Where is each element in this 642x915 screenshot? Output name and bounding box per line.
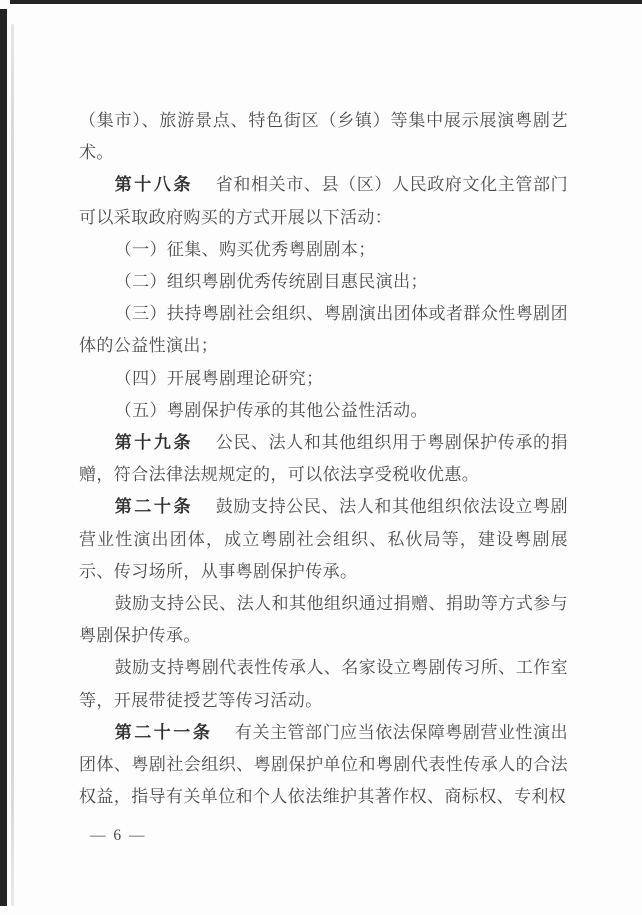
- paragraph-article-20: 第二十条 鼓励支持公民、法人和其他组织依法设立粤剧营业性演出团体，成立粤剧社会组…: [79, 491, 568, 588]
- paragraph: 鼓励支持公民、法人和其他组织通过捐赠、捐助等方式参与粤剧保护传承。: [79, 588, 568, 652]
- paragraph-article-21: 第二十一条 有关主管部门应当依法保障粤剧营业性演出团体、粤剧社会组织、粤剧保护单…: [79, 717, 568, 814]
- paragraph-text: 鼓励支持公民、法人和其他组织通过捐赠、捐助等方式参与粤剧保护传承。: [79, 594, 568, 645]
- article-number: 第十九条: [115, 433, 193, 452]
- article-number: 第二十条: [115, 497, 193, 516]
- page-fold-line: [11, 24, 14, 906]
- paragraph-item-2: （二）组织粤剧优秀传统剧目惠民演出；: [79, 266, 568, 298]
- paragraph: （集市）、旅游景点、特色街区（乡镇）等集中展示展演粤剧艺术。: [79, 105, 568, 169]
- article-number: 第二十一条: [115, 723, 213, 742]
- paragraph: 鼓励支持粤剧代表性传承人、名家设立粤剧传习所、工作室等，开展带徒授艺等传习活动。: [79, 652, 568, 716]
- scan-edge-top: [10, 0, 642, 4]
- paragraph-item-4: （四）开展粤剧理论研究；: [79, 363, 568, 395]
- paragraph-article-18: 第十八条 省和相关市、县（区）人民政府文化主管部门可以采取政府购买的方式开展以下…: [79, 169, 568, 233]
- paragraph-text: （一）征集、购买优秀粤剧剧本；: [115, 240, 376, 259]
- paragraph-text: （三）扶持粤剧社会组织、粤剧演出团体或者群众性粤剧团体的公益性演出；: [79, 304, 568, 355]
- paragraph-text: （四）开展粤剧理论研究；: [115, 369, 324, 388]
- scan-edge-left: [0, 9, 7, 906]
- paragraph-item-1: （一）征集、购买优秀粤剧剧本；: [79, 234, 568, 266]
- paragraph-text: （集市）、旅游景点、特色街区（乡镇）等集中展示展演粤剧艺术。: [79, 111, 568, 162]
- page-number: — 6 —: [90, 827, 147, 845]
- paragraph-item-5: （五）粤剧保护传承的其他公益性活动。: [79, 395, 568, 427]
- document-body: （集市）、旅游景点、特色街区（乡镇）等集中展示展演粤剧艺术。 第十八条 省和相关…: [79, 105, 568, 813]
- paragraph-text: 鼓励支持粤剧代表性传承人、名家设立粤剧传习所、工作室等，开展带徒授艺等传习活动。: [79, 658, 568, 709]
- paragraph-text: （五）粤剧保护传承的其他公益性活动。: [115, 401, 428, 420]
- paragraph-article-19: 第十九条 公民、法人和其他组织用于粤剧保护传承的捐赠，符合法律法规规定的，可以依…: [79, 427, 568, 491]
- paragraph-text: （二）组织粤剧优秀传统剧目惠民演出；: [115, 272, 428, 291]
- article-number: 第十八条: [115, 175, 193, 194]
- paragraph-item-3: （三）扶持粤剧社会组织、粤剧演出团体或者群众性粤剧团体的公益性演出；: [79, 298, 568, 362]
